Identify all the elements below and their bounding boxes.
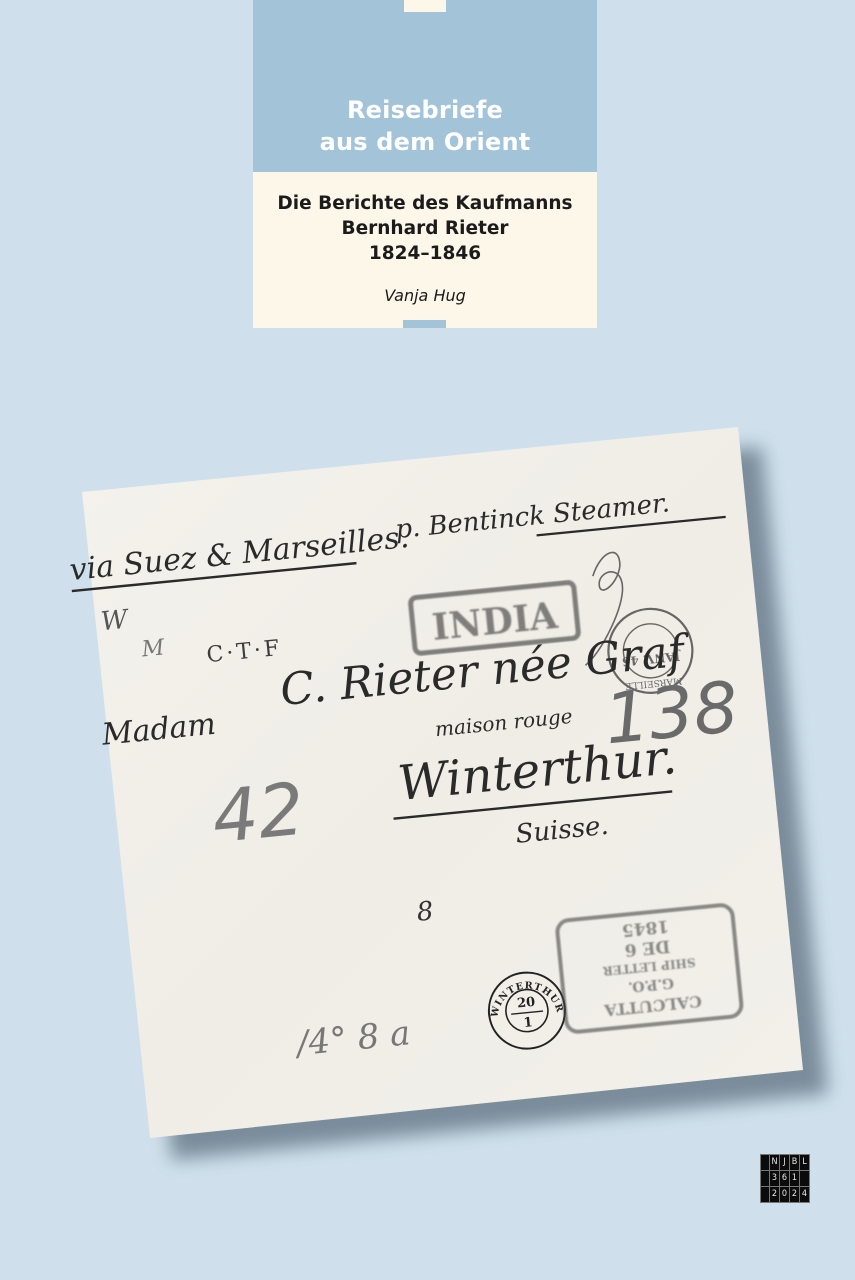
logo-cell: [761, 1171, 769, 1186]
letter-envelope-image: via Suez & Marseilles. p. Bentinck Steam…: [0, 0, 855, 1280]
logo-cell: B: [790, 1155, 799, 1170]
m-mark: M: [140, 635, 166, 662]
logo-cell: [761, 1187, 769, 1202]
number-42: 42: [208, 767, 307, 860]
logo-cell: N: [770, 1155, 779, 1170]
logo-cell: [761, 1155, 769, 1170]
number-8: 8: [415, 896, 434, 927]
logo-cell: J: [780, 1155, 789, 1170]
logo-cell: 4: [800, 1187, 809, 1202]
logo-cell: 6: [780, 1171, 789, 1186]
logo-cell: 0: [780, 1187, 789, 1202]
winterthur-day: 20: [516, 995, 535, 1012]
number-138: 138: [601, 666, 742, 761]
logo-cell: 3: [770, 1171, 779, 1186]
winterthur-month: 1: [523, 1015, 533, 1031]
logo-cell: 2: [790, 1187, 799, 1202]
series-logo: N J B L 3 6 1 2 0 2 4: [760, 1154, 805, 1200]
logo-cell: 2: [770, 1187, 779, 1202]
logo-cell: [800, 1171, 809, 1186]
logo-cell: L: [800, 1155, 809, 1170]
w-mark: W: [100, 605, 132, 638]
logo-cell: 1: [790, 1171, 799, 1186]
